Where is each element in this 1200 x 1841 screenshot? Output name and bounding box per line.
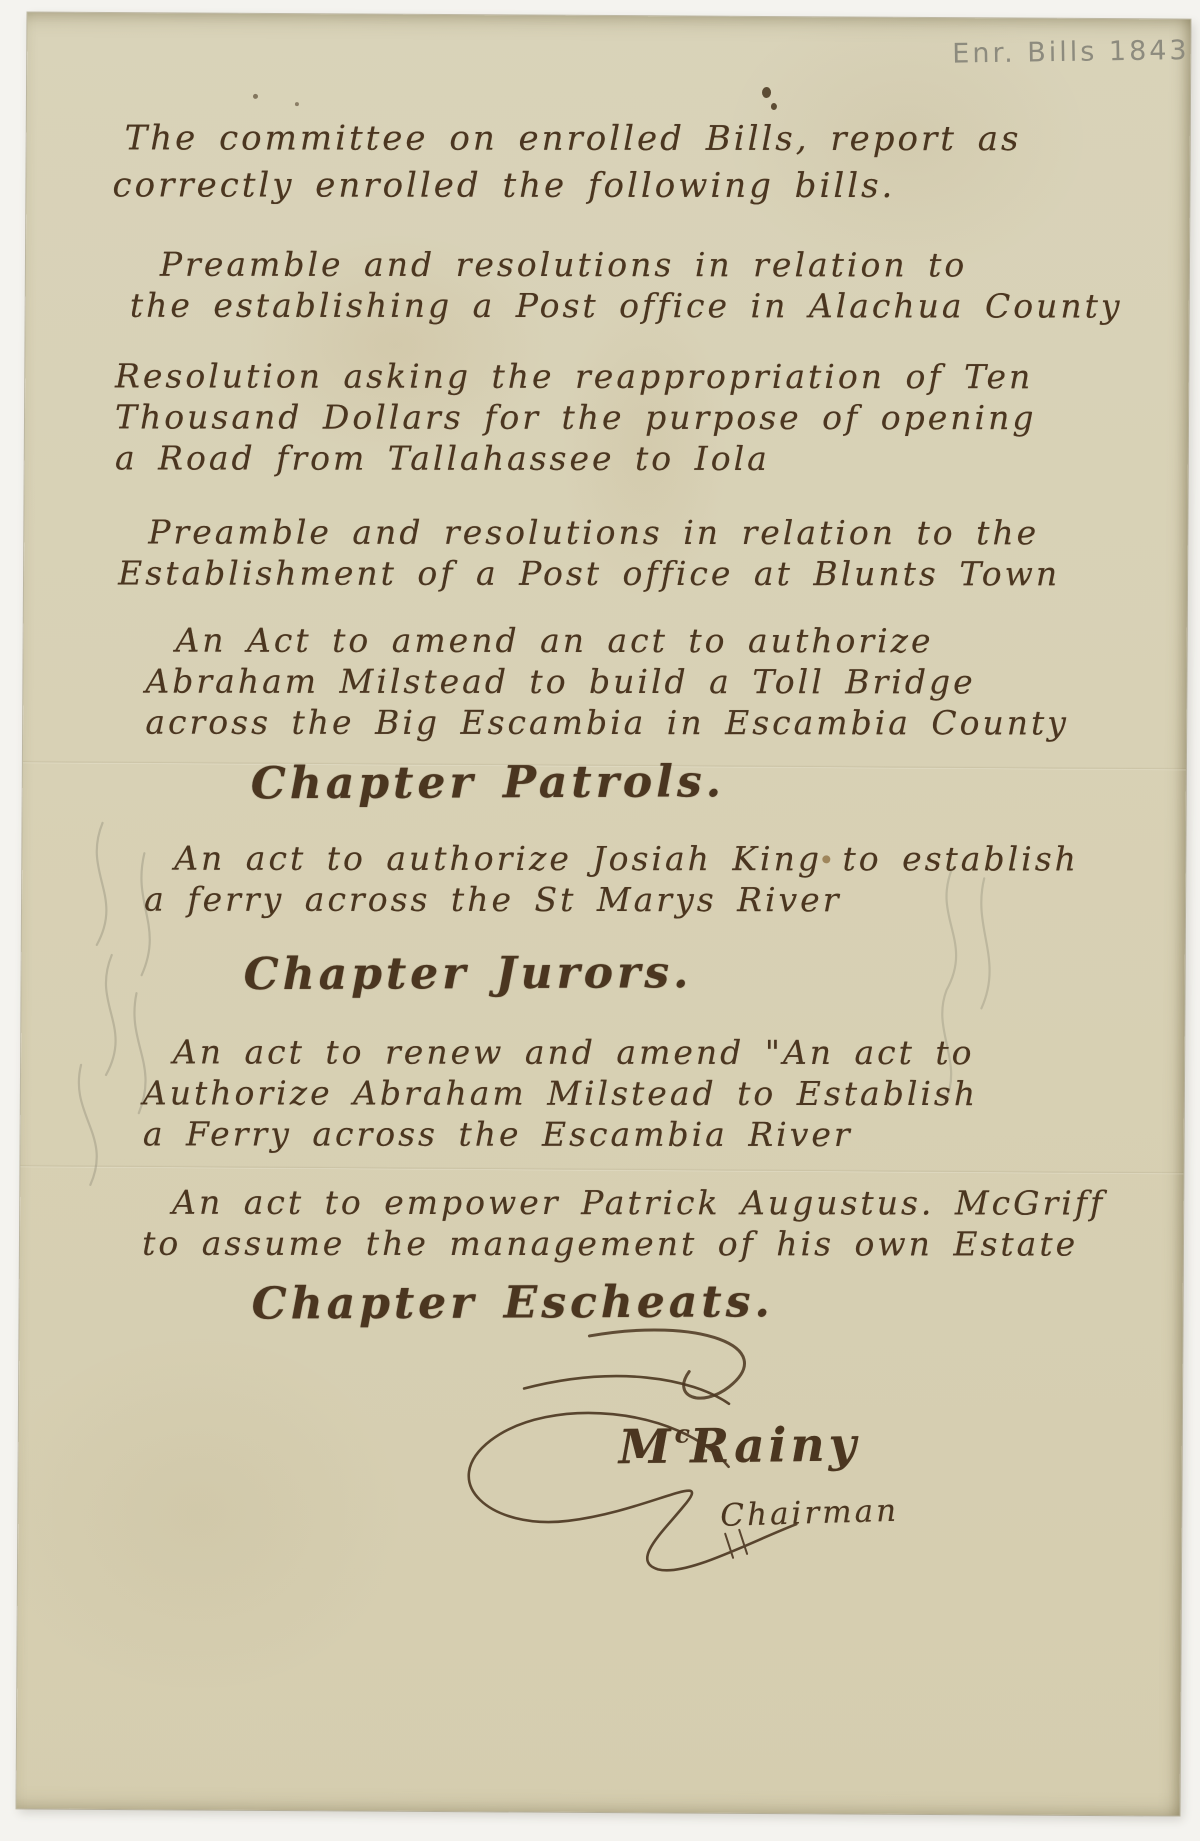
handwritten-line: An act to authorize Josiah King to estab… [174,838,1079,880]
handwritten-line: Thousand Dollars for the purpose of open… [115,396,1036,438]
handwritten-line: the establishing a Post office in Alachu… [130,285,1123,327]
paragraph-mcgriff-estate: An act to empower Patrick Augustus. McGr… [142,1182,1105,1265]
handwritten-line: to assume the management of his own Esta… [142,1223,1105,1265]
archival-note: Enr. Bills 1843 [952,35,1190,70]
handwritten-line: a Ferry across the Escambia River [143,1113,978,1155]
handwritten-line: Resolution asking the reappropriation of… [115,355,1036,397]
handwritten-line: An act to renew and amend "An act to [173,1031,978,1073]
handwritten-line: Preamble and resolutions in relation to [160,244,1123,286]
handwritten-line: Authorize Abraham Milstead to Establish [143,1072,978,1114]
heading-chapter-jurors: Chapter Jurors. [244,947,693,1000]
signature-name: McRainy [618,1417,860,1475]
handwritten-line: correctly enrolled the following bills. [113,162,1022,210]
signature-initial: M [618,1420,675,1476]
ink-blot [771,103,777,110]
paragraph-renew-amend: An act to renew and amend "An act to Aut… [143,1031,978,1155]
paragraph-king-ferry: An act to authorize Josiah King to estab… [144,838,1079,921]
ink-blot [253,94,258,99]
handwritten-line: An Act to amend an act to authorize [175,620,1069,662]
signature-surname: Rainy [690,1417,861,1474]
signature-superscript: c [674,1419,690,1448]
paragraph-postoffice-bluntstown: Preamble and resolutions in relation to … [118,511,1060,594]
handwritten-line: a Road from Tallahassee to Iola [115,437,1036,479]
handwritten-line: Establishment of a Post office at Blunts… [118,552,1060,594]
fold-crease [20,1164,1183,1174]
ink-blot [762,87,771,98]
handwritten-line: An act to empower Patrick Augustus. McGr… [172,1182,1105,1224]
handwritten-line: across the Big Escambia in Escambia Coun… [145,702,1069,744]
handwritten-line: a ferry across the St Marys River [144,879,1079,921]
ink-blot [295,102,299,106]
paragraph-road-iola: Resolution asking the reappropriation of… [115,355,1037,479]
signature-flourish [428,1370,969,1583]
handwritten-line: Preamble and resolutions in relation to … [148,512,1060,554]
handwritten-line: The committee on enrolled Bills, report … [125,115,1022,163]
document-page: Enr. Bills 1843 The committee on enrolle… [17,12,1191,1815]
handwritten-line: Abraham Milstead to build a Toll Bridge [145,661,1069,703]
paragraph-committee: The committee on enrolled Bills, report … [113,115,1022,210]
signature-title: Chairman [720,1493,900,1534]
paragraph-toll-bridge: An Act to amend an act to authorize Abra… [145,620,1069,744]
heading-chapter-patrols: Chapter Patrols. [251,756,725,809]
paragraph-postoffice-alachua: Preamble and resolutions in relation to … [130,244,1123,327]
